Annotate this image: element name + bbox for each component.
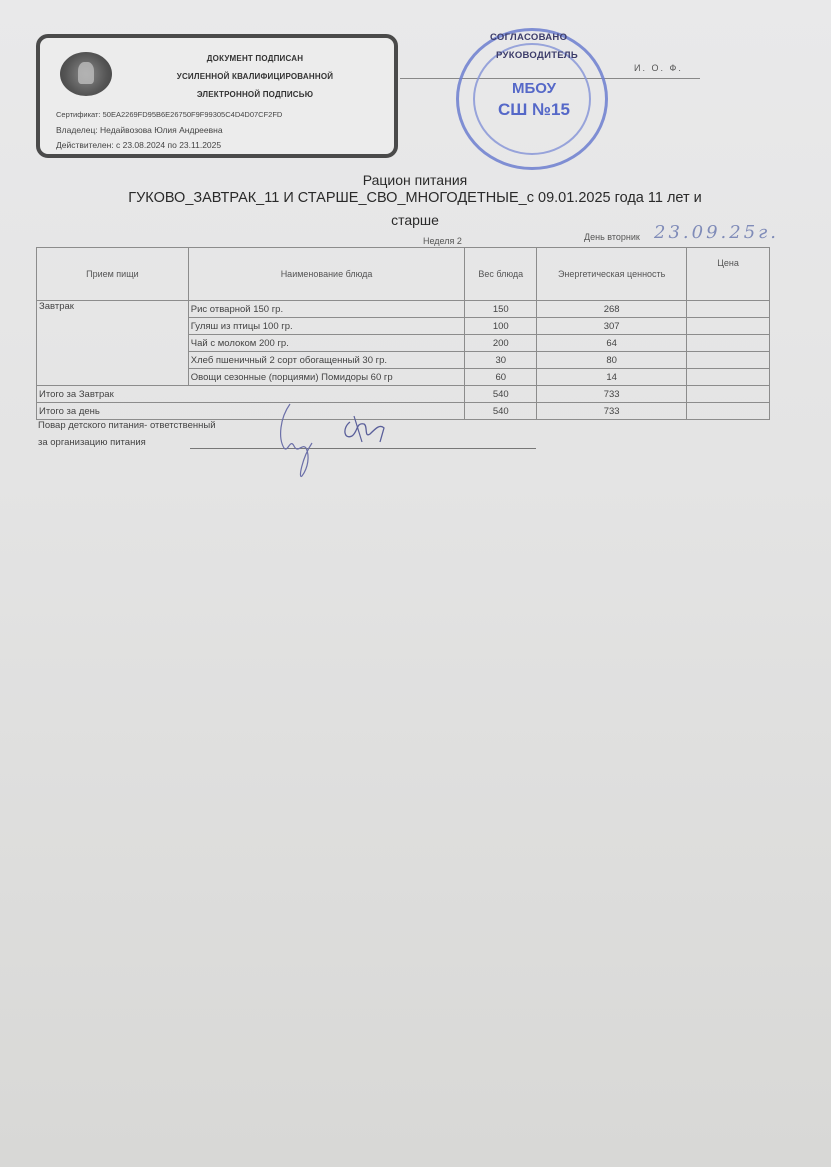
handwritten-date: 23.09.25г.	[654, 222, 779, 243]
dish-energy: 268	[537, 301, 687, 318]
total-day-price	[687, 403, 770, 420]
approval-label: СОГЛАСОВАНО	[490, 32, 567, 43]
electronic-signature-block: ДОКУМЕНТ ПОДПИСАН УСИЛЕННОЙ КВАЛИФИЦИРОВ…	[36, 34, 398, 158]
total-meal-energy: 733	[537, 386, 687, 403]
responsible-label: Повар детского питания- ответственный	[38, 420, 216, 431]
certificate-owner: Владелец: Недайвозова Юлия Андреевна	[56, 125, 223, 135]
document-title: Рацион питания	[30, 172, 800, 188]
dish-energy: 14	[537, 369, 687, 386]
dish-name: Гуляш из птицы 100 гр.	[188, 318, 465, 335]
document-subtitle: ГУКОВО_ЗАВТРАК_11 И СТАРШЕ_СВО_МНОГОДЕТН…	[30, 190, 800, 206]
dish-name: Рис отварной 150 гр.	[188, 301, 465, 318]
total-meal-row: Итого за Завтрак 540 733	[37, 386, 770, 403]
certificate-number: Сертификат: 50EA2269FD95B6E26750F9F99305…	[56, 110, 282, 119]
certificate-validity: Действителен: с 23.08.2024 по 23.11.2025	[56, 140, 221, 150]
meal-name: Завтрак	[37, 301, 189, 386]
dish-weight: 200	[465, 335, 537, 352]
signature-heading: ДОКУМЕНТ ПОДПИСАН	[140, 54, 370, 63]
stamp-text: СШ №15	[498, 100, 570, 120]
dish-name: Хлеб пшеничный 2 сорт обогащенный 30 гр.	[188, 352, 465, 369]
total-day-weight: 540	[465, 403, 537, 420]
day-label: День вторник	[584, 232, 640, 242]
coat-of-arms-icon	[60, 52, 112, 96]
dish-name: Овощи сезонные (порциями) Помидоры 60 гр	[188, 369, 465, 386]
header-energy: Энергетическая ценность	[537, 248, 687, 301]
approval-name-placeholder: И. О. Ф.	[634, 63, 683, 73]
signature-heading: УСИЛЕННОЙ КВАЛИФИЦИРОВАННОЙ	[140, 72, 370, 81]
dish-weight: 100	[465, 318, 537, 335]
header-price: Цена	[687, 248, 770, 301]
dish-price	[687, 335, 770, 352]
handwritten-signature	[272, 398, 402, 483]
header-dish: Наименование блюда	[188, 248, 465, 301]
dish-price	[687, 318, 770, 335]
dish-weight: 150	[465, 301, 537, 318]
responsible-label-cont: за организацию питания	[38, 437, 146, 448]
total-day-energy: 733	[537, 403, 687, 420]
approval-role: РУКОВОДИТЕЛЬ	[496, 50, 578, 61]
dish-name: Чай с молоком 200 гр.	[188, 335, 465, 352]
dish-price	[687, 301, 770, 318]
stamp-text: МБОУ	[512, 80, 556, 97]
total-meal-weight: 540	[465, 386, 537, 403]
week-label: Неделя 2	[423, 236, 462, 246]
total-day-row: Итого за день 540 733	[37, 403, 770, 420]
dish-energy: 307	[537, 318, 687, 335]
header-meal: Прием пищи	[37, 248, 189, 301]
dish-price	[687, 352, 770, 369]
dish-energy: 80	[537, 352, 687, 369]
total-meal-price	[687, 386, 770, 403]
header-weight: Вес блюда	[465, 248, 537, 301]
dish-energy: 64	[537, 335, 687, 352]
table-header-row: Прием пищи Наименование блюда Вес блюда …	[37, 248, 770, 301]
dish-price	[687, 369, 770, 386]
signature-heading: ЭЛЕКТРОННОЙ ПОДПИСЬЮ	[140, 90, 370, 99]
dish-weight: 30	[465, 352, 537, 369]
table-row: Завтрак Рис отварной 150 гр. 150 268	[37, 301, 770, 318]
dish-weight: 60	[465, 369, 537, 386]
menu-table: Прием пищи Наименование блюда Вес блюда …	[36, 247, 770, 420]
